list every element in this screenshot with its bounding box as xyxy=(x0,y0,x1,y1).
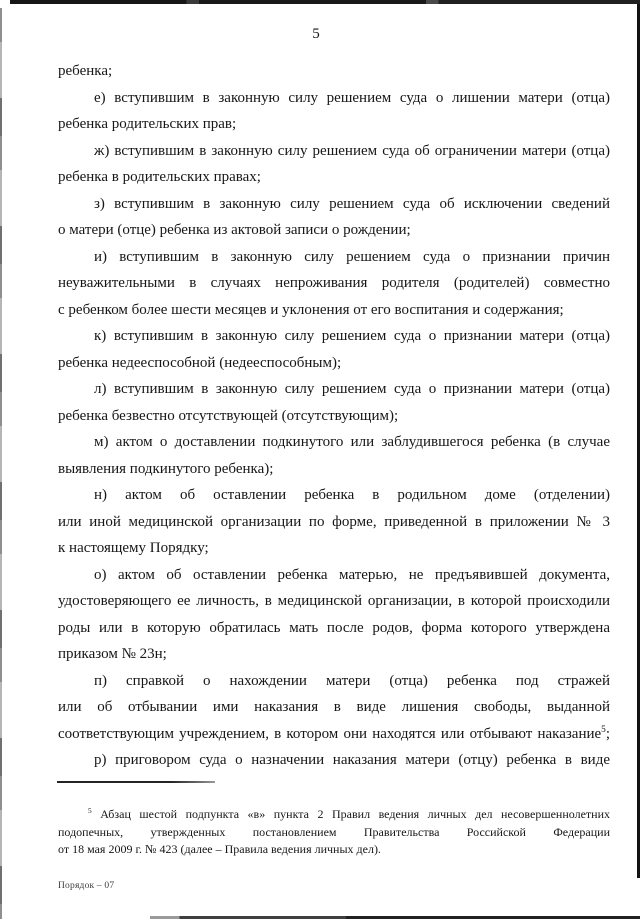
text-line: ребенка; xyxy=(58,58,610,85)
text-line: н) актом об оставлении ребенка в родильн… xyxy=(58,482,610,509)
text-line: ребенка в родительских правах; xyxy=(58,164,610,191)
footnote-ref: 5 xyxy=(601,725,606,735)
text-line: з) вступившим в законную силу решением с… xyxy=(58,191,610,218)
footnote-ref: 5 xyxy=(88,806,92,815)
text-line: ребенка недееспособной (недееспособным); xyxy=(58,350,610,377)
text-line: м) актом о доставлении подкинутого или з… xyxy=(58,429,610,456)
text-line: выявления подкинутого ребенка); xyxy=(58,456,610,483)
body-text: ребенка;е) вступившим в законную силу ре… xyxy=(58,58,610,774)
text-line: от 18 мая 2009 г. № 423 (далее – Правила… xyxy=(58,841,610,859)
text-line: о матери (отце) ребенка из актовой запис… xyxy=(58,217,610,244)
text-line: или об отбывании ими наказания в виде ли… xyxy=(58,694,610,721)
text-line: роды или в которую обратилась мать после… xyxy=(58,615,610,642)
text-line: ребенка безвестно отсутствующей (отсутст… xyxy=(58,403,610,430)
text-line: ж) вступившим в законную силу решением с… xyxy=(58,138,610,165)
text-line: ребенка родительских прав; xyxy=(58,111,610,138)
text-line: 5 Абзац шестой подпункта «в» пункта 2 Пр… xyxy=(58,806,610,824)
footnote: 5 Абзац шестой подпункта «в» пункта 2 Пр… xyxy=(58,806,610,859)
text-line: или иной медицинской организации по форм… xyxy=(58,509,610,536)
document-page: 5 ребенка;е) вступившим в законную силу … xyxy=(0,0,640,919)
text-line: п) справкой о нахождении матери (отца) р… xyxy=(58,668,610,695)
text-line: неуважительными в случаях непроживания р… xyxy=(58,270,610,297)
text-line: р) приговором суда о назначении наказани… xyxy=(58,747,610,774)
text-line: приказом № 23н; xyxy=(58,641,610,668)
footnote-divider xyxy=(57,781,215,783)
text-line: к настоящему Порядку; xyxy=(58,535,610,562)
text-line: к) вступившим в законную силу решением с… xyxy=(58,323,610,350)
text-line: л) вступившим в законную силу решением с… xyxy=(58,376,610,403)
text-line: с ребенком более шести месяцев и уклонен… xyxy=(58,297,610,324)
scan-edge-left xyxy=(0,8,2,919)
page-number: 5 xyxy=(0,25,632,43)
text-line: подопечных, утвержденных постановлением … xyxy=(58,824,610,842)
text-line: е) вступившим в законную силу решением с… xyxy=(58,85,610,112)
text-line: соответствующим учреждением, в котором о… xyxy=(58,721,610,748)
text-line: о) актом об оставлении ребенка матерью, … xyxy=(58,562,610,589)
footer-code: Порядок – 07 xyxy=(58,880,114,892)
text-line: удостоверяющего ее личность, в медицинск… xyxy=(58,588,610,615)
scan-edge-top xyxy=(10,0,640,4)
text-line: и) вступившим в законную силу решением с… xyxy=(58,244,610,271)
